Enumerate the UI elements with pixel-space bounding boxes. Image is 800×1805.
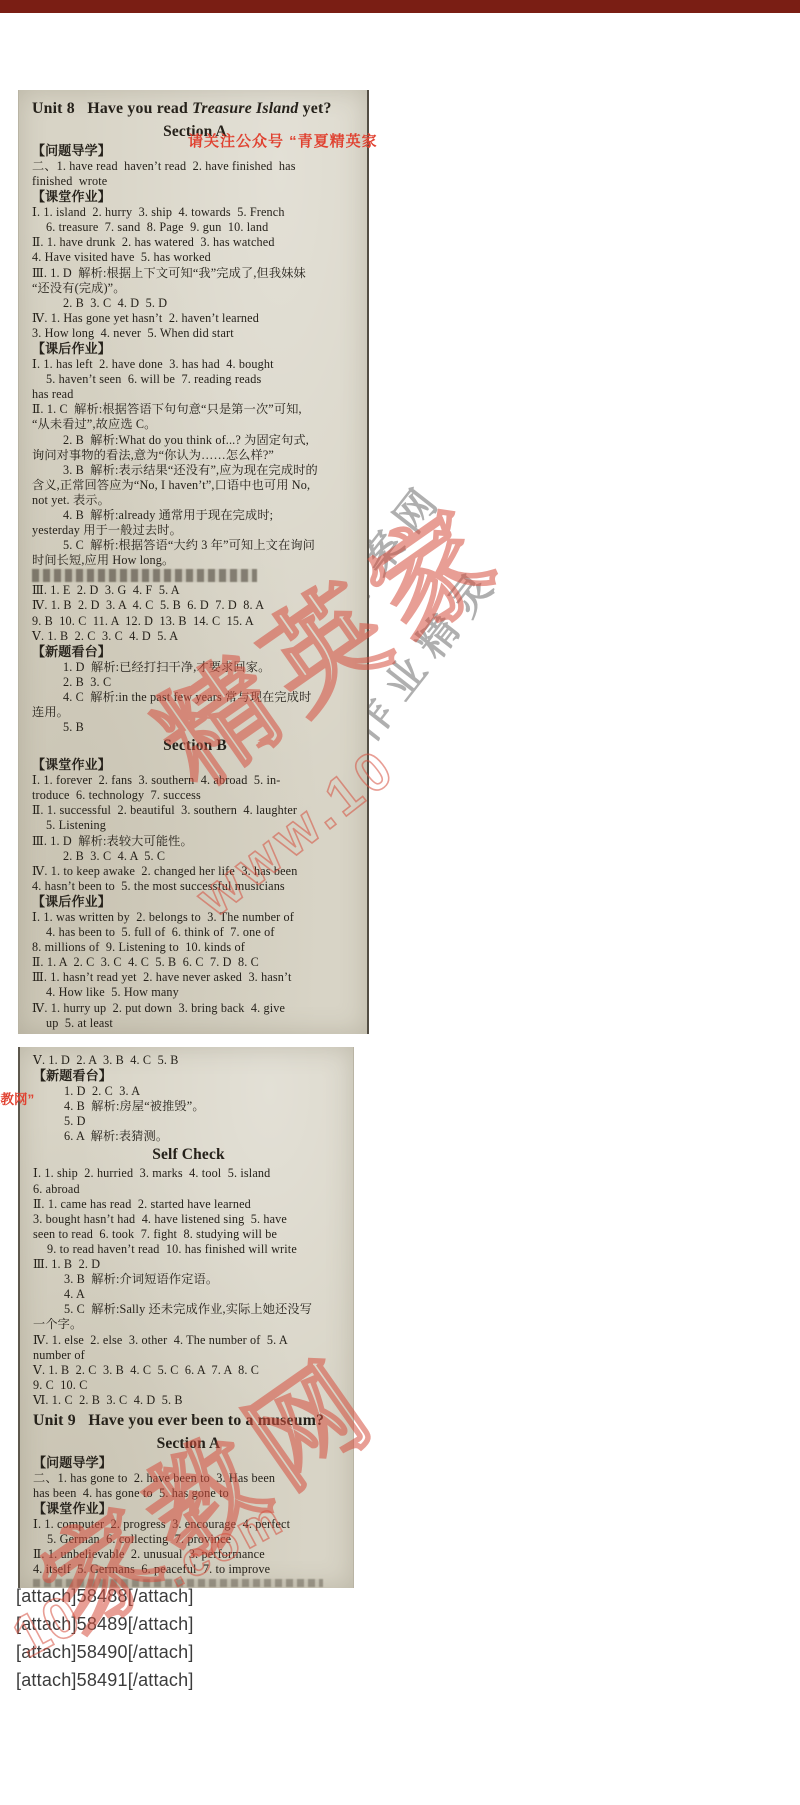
section-header-line: 【课堂作业】 [19,189,367,205]
section-header-line: 【课堂作业】 [20,1501,353,1517]
red-watermark-banner: 请关注公众号 “青夏精英家 [188,130,394,151]
answer-line: up 5. at least [19,1016,367,1031]
answer-line: Ⅵ. 1. C 2. B 3. C 4. D 5. B [20,1393,353,1408]
answer-line: 4. How like 5. How many [19,985,367,1000]
unit-title: Unit 8 Have you read Treasure Island yet… [19,96,367,121]
answer-line: 5. haven’t seen 6. will be 7. reading re… [19,372,367,387]
section-header-line: 【课后作业】 [19,341,367,357]
answer-line: Ⅱ. 1. successful 2. beautiful 3. souther… [19,803,367,818]
answer-line: Ⅱ. 1. have drunk 2. has watered 3. has w… [19,235,367,250]
section-header-line: 【课后作业】 [19,894,367,910]
answer-line: 5. C 解析:根据答语“大约 3 年”可知上文在询问 [19,538,367,553]
answer-line: Ⅱ. 1. unbelievable 2. unusual 3. perform… [20,1547,353,1562]
answer-line: Ⅰ. 1. computer 2. progress 3. encourage … [20,1517,353,1532]
attachment-code: [attach]58490[/attach] [16,1638,194,1666]
answer-line: 5. B [19,720,367,735]
answer-line: 4. Have visited have 5. has worked [19,250,367,265]
answer-line: 2. B 解析:What do you think of...? 为固定句式, [19,433,367,448]
answer-line: Ⅱ. 1. C 解析:根据答语下句句意“只是第一次”可知, [19,402,367,417]
answer-line: Ⅲ. 1. D 解析:表较大可能性。 [19,834,367,849]
answer-line: 1. D 解析:已经打扫干净,才要求回家。 [19,660,367,675]
answer-line: Ⅴ. 1. B 2. C 3. C 4. D 5. A [19,629,367,644]
answer-line: 5. Listening [19,818,367,833]
answer-line: yesterday 用于一般过去时。 [19,523,367,538]
answer-line: 9. to read haven’t read 10. has finished… [20,1242,353,1257]
answer-line: Ⅳ. 1. hurry up 2. put down 3. bring back… [19,1001,367,1016]
answer-line: 2. B 3. C [19,675,367,690]
smudged-line [32,569,257,582]
answer-line: Ⅰ. 1. ship 2. hurried 3. marks 4. tool 5… [20,1166,353,1181]
answer-line: Ⅲ. 1. E 2. D 3. G 4. F 5. A [19,583,367,598]
section-header-line: 【新题看台】 [19,644,367,660]
answer-line: 4. C 解析:in the past few years 常与现在完成时 [19,690,367,705]
answer-line: 连用。 [19,705,367,720]
answer-line: Ⅳ. 1. Has gone yet hasn’t 2. haven’t lea… [19,311,367,326]
answer-line: 3. How long 4. never 5. When did start [19,326,367,341]
answer-line: Ⅲ. 1. hasn’t read yet 2. have never aske… [19,970,367,985]
answer-line: 2. B 3. C 4. A 5. C [19,849,367,864]
answer-line: Ⅳ. 1. B 2. D 3. A 4. C 5. B 6. D 7. D 8.… [19,598,367,613]
answer-line: 询问对事物的看法,意为“你认为……怎么样?” [19,448,367,463]
answer-line: 1. D 2. C 3. A [20,1084,353,1099]
answer-line: “从未看过”,故应选 C。 [19,417,367,432]
answer-line: 二、1. have read haven’t read 2. have fini… [19,159,367,174]
answer-line: 2. B 3. C 4. D 5. D [19,296,367,311]
center-heading: Section B [19,735,367,757]
answer-line: “还没有(完成)”。 [19,281,367,296]
answer-line: Ⅲ. 1. B 2. D [20,1257,353,1272]
answer-line: Ⅰ. 1. was written by 2. belongs to 3. Th… [19,910,367,925]
answer-line: 5. German 6. collecting 7. province [20,1532,353,1547]
answer-line: 4. B 解析:房屋“被推毁”。 [20,1099,353,1114]
attachment-list: [attach]58488[/attach][attach]58489[/att… [16,1582,194,1694]
red-watermark-left-label: 家教网” [0,1088,34,1108]
answer-line: 时间长短,应用 How long。 [19,553,367,568]
unit-title: Unit 9 Have you ever been to a museum? [20,1408,353,1433]
scan-page-selfcheck-unit9: Ⅴ. 1. D 2. A 3. B 4. C 5. B【新题看台】1. D 2.… [18,1047,354,1588]
answer-line: 4. B 解析:already 通常用于现在完成时; [19,508,367,523]
answer-line: 4. hasn’t been to 5. the most successful… [19,879,367,894]
answer-line: 5. D [20,1114,353,1129]
attachment-code: [attach]58488[/attach] [16,1582,194,1610]
answer-line: 8. millions of 9. Listening to 10. kinds… [19,940,367,955]
answer-line: 3. B 解析:表示结果“还没有”,应为现在完成时的 [19,463,367,478]
answer-line: number of [20,1348,353,1363]
section-header-line: 【新题看台】 [20,1068,353,1084]
answer-line: 6. A 解析:表猜测。 [20,1129,353,1144]
answer-line: 9. B 10. C 11. A 12. D 13. B 14. C 15. A [19,614,367,629]
answer-line: 9. C 10. C [20,1378,353,1393]
answer-line: has been 4. has gone to 5. has gone to [20,1486,353,1501]
answer-line: Ⅴ. 1. D 2. A 3. B 4. C 5. B [20,1053,353,1068]
center-heading: Self Check [20,1144,353,1166]
answer-line: Ⅰ. 1. island 2. hurry 3. ship 4. towards… [19,205,367,220]
answer-line: not yet. 表示。 [19,493,367,508]
answer-line: 4. itself 5. Germans 6. peaceful 7. to i… [20,1562,353,1577]
answer-line: 含义,正常回答应为“No, I haven’t”,口语中也可用 No, [19,478,367,493]
attachment-code: [attach]58491[/attach] [16,1666,194,1694]
answer-line: 6. treasure 7. sand 8. Page 9. gun 10. l… [19,220,367,235]
answer-line: finished wrote [19,174,367,189]
answer-line: 5. C 解析:Sally 还未完成作业,实际上她还没写 [20,1302,353,1317]
answer-line: Ⅳ. 1. to keep awake 2. changed her life … [19,864,367,879]
answer-line: 二、1. has gone to 2. have been to 3. Has … [20,1471,353,1486]
answer-line: Ⅰ. 1. forever 2. fans 3. southern 4. abr… [19,773,367,788]
answer-line: 6. abroad [20,1182,353,1197]
answer-line: Ⅰ. 1. has left 2. have done 3. has had 4… [19,357,367,372]
answer-line: Ⅱ. 1. A 2. C 3. C 4. C 5. B 6. C 7. D 8.… [19,955,367,970]
attachment-code: [attach]58489[/attach] [16,1610,194,1638]
answer-line: has read [19,387,367,402]
answer-line: Ⅲ. 1. D 解析:根据上下文可知“我”完成了,但我妹妹 [19,266,367,281]
answer-line: seen to read 6. took 7. fight 8. studyin… [20,1227,353,1242]
answer-line: 4. has been to 5. full of 6. think of 7.… [19,925,367,940]
answer-line: Ⅳ. 1. else 2. else 3. other 4. The numbe… [20,1333,353,1348]
answer-line: 4. A [20,1287,353,1302]
center-heading: Section A [20,1433,353,1455]
answer-line: troduce 6. technology 7. success [19,788,367,803]
answer-line: 一个字。 [20,1317,353,1332]
answer-line: Ⅱ. 1. came has read 2. started have lear… [20,1197,353,1212]
section-header-line: 【课堂作业】 [19,757,367,773]
answer-line: 3. B 解析:介词短语作定语。 [20,1272,353,1287]
section-header-line: 【问题导学】 [20,1455,353,1471]
answer-line: 3. bought hasn’t had 4. have listened si… [20,1212,353,1227]
scan-page-unit8: Unit 8 Have you read Treasure Island yet… [18,90,369,1034]
top-maroon-bar [0,0,800,13]
answer-line: Ⅴ. 1. B 2. C 3. B 4. C 5. C 6. A 7. A 8.… [20,1363,353,1378]
